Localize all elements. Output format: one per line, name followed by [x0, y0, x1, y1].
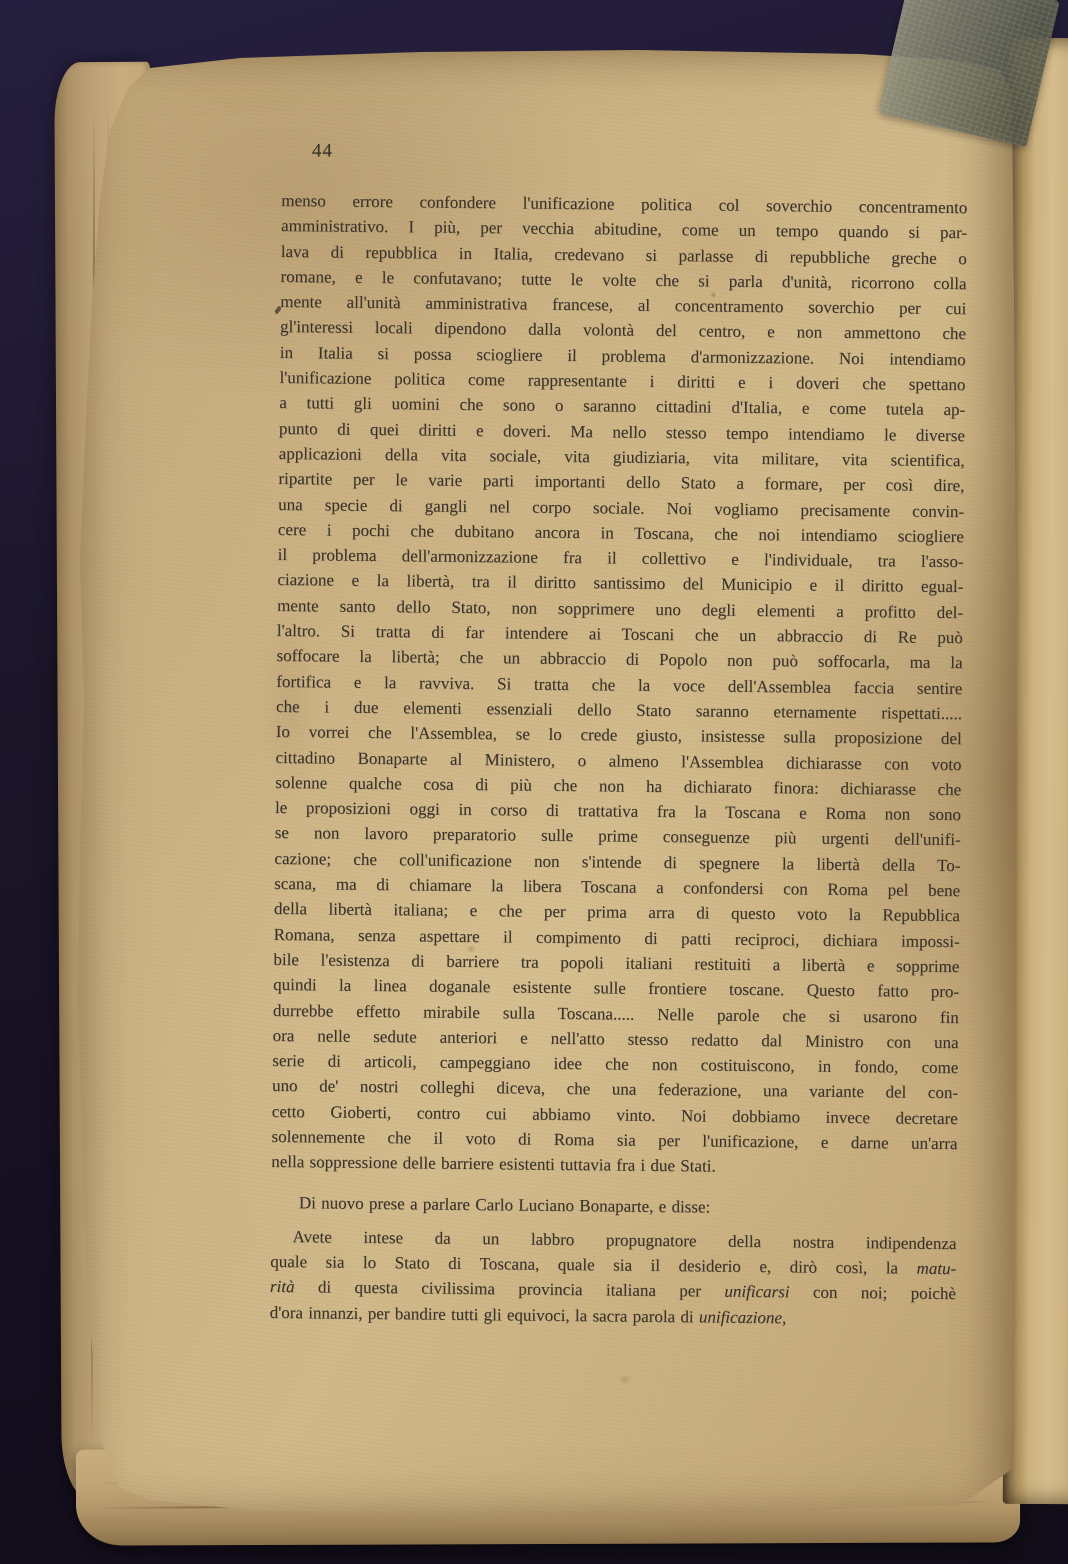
paragraph: Di nuovo prese a parlare Carlo Luciano B… [271, 1190, 957, 1222]
printed-text-area: 44 menso errore confondere l'unificazion… [270, 140, 968, 1332]
text-line: Di nuovo prese a parlare Carlo Luciano B… [271, 1190, 957, 1222]
book-page-scan: 44 menso errore confondere l'unificazion… [0, 0, 1068, 1564]
paragraph: Avete intese da un labbro propugnatore d… [270, 1224, 957, 1332]
foxing-spot [618, 1374, 632, 1385]
text-block: menso errore confondere l'unificazione p… [270, 188, 968, 1332]
paragraph: menso errore confondere l'unificazione p… [271, 188, 967, 1182]
